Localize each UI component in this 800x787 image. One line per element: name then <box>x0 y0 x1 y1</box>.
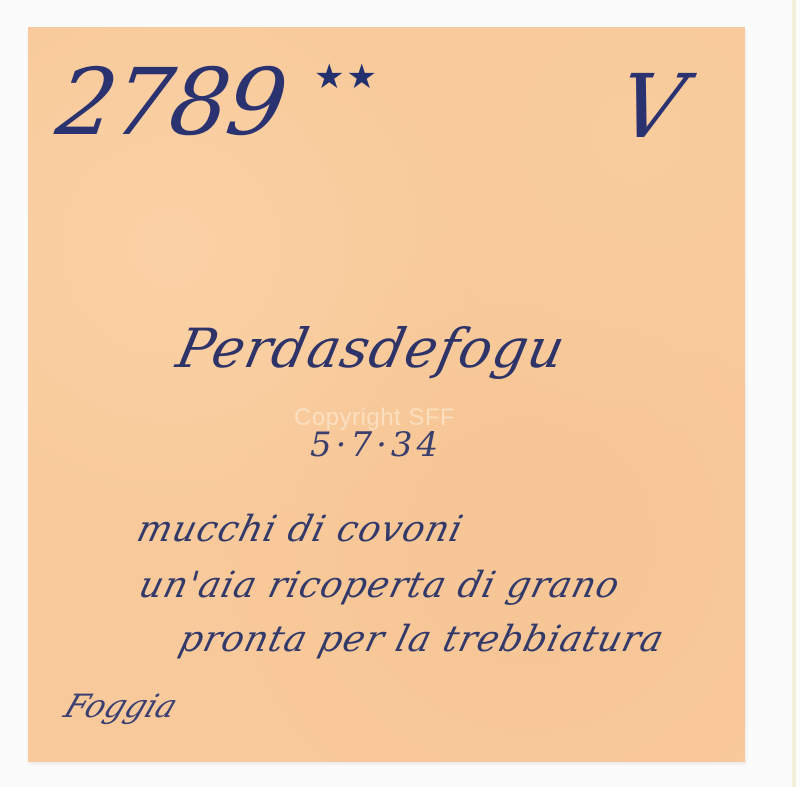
copyright-watermark: Copyright SFF <box>294 404 455 432</box>
place-name: Perdasdefogu <box>171 317 571 380</box>
series-letter: V <box>611 55 693 158</box>
archive-card: 2789 ★★ V Perdasdefogu 5·7·34 mucchi di … <box>28 27 745 762</box>
caption-line: un'aia ricoperta di grano <box>135 565 624 606</box>
scanner-edge-strip <box>792 0 796 787</box>
signature: Foggia <box>59 687 183 725</box>
caption-line: pronta per la trebbiatura <box>175 619 669 660</box>
caption-line: mucchi di covoni <box>133 509 468 550</box>
rating-stars-icon: ★★ <box>314 57 379 97</box>
catalog-number: 2789 <box>50 49 291 156</box>
